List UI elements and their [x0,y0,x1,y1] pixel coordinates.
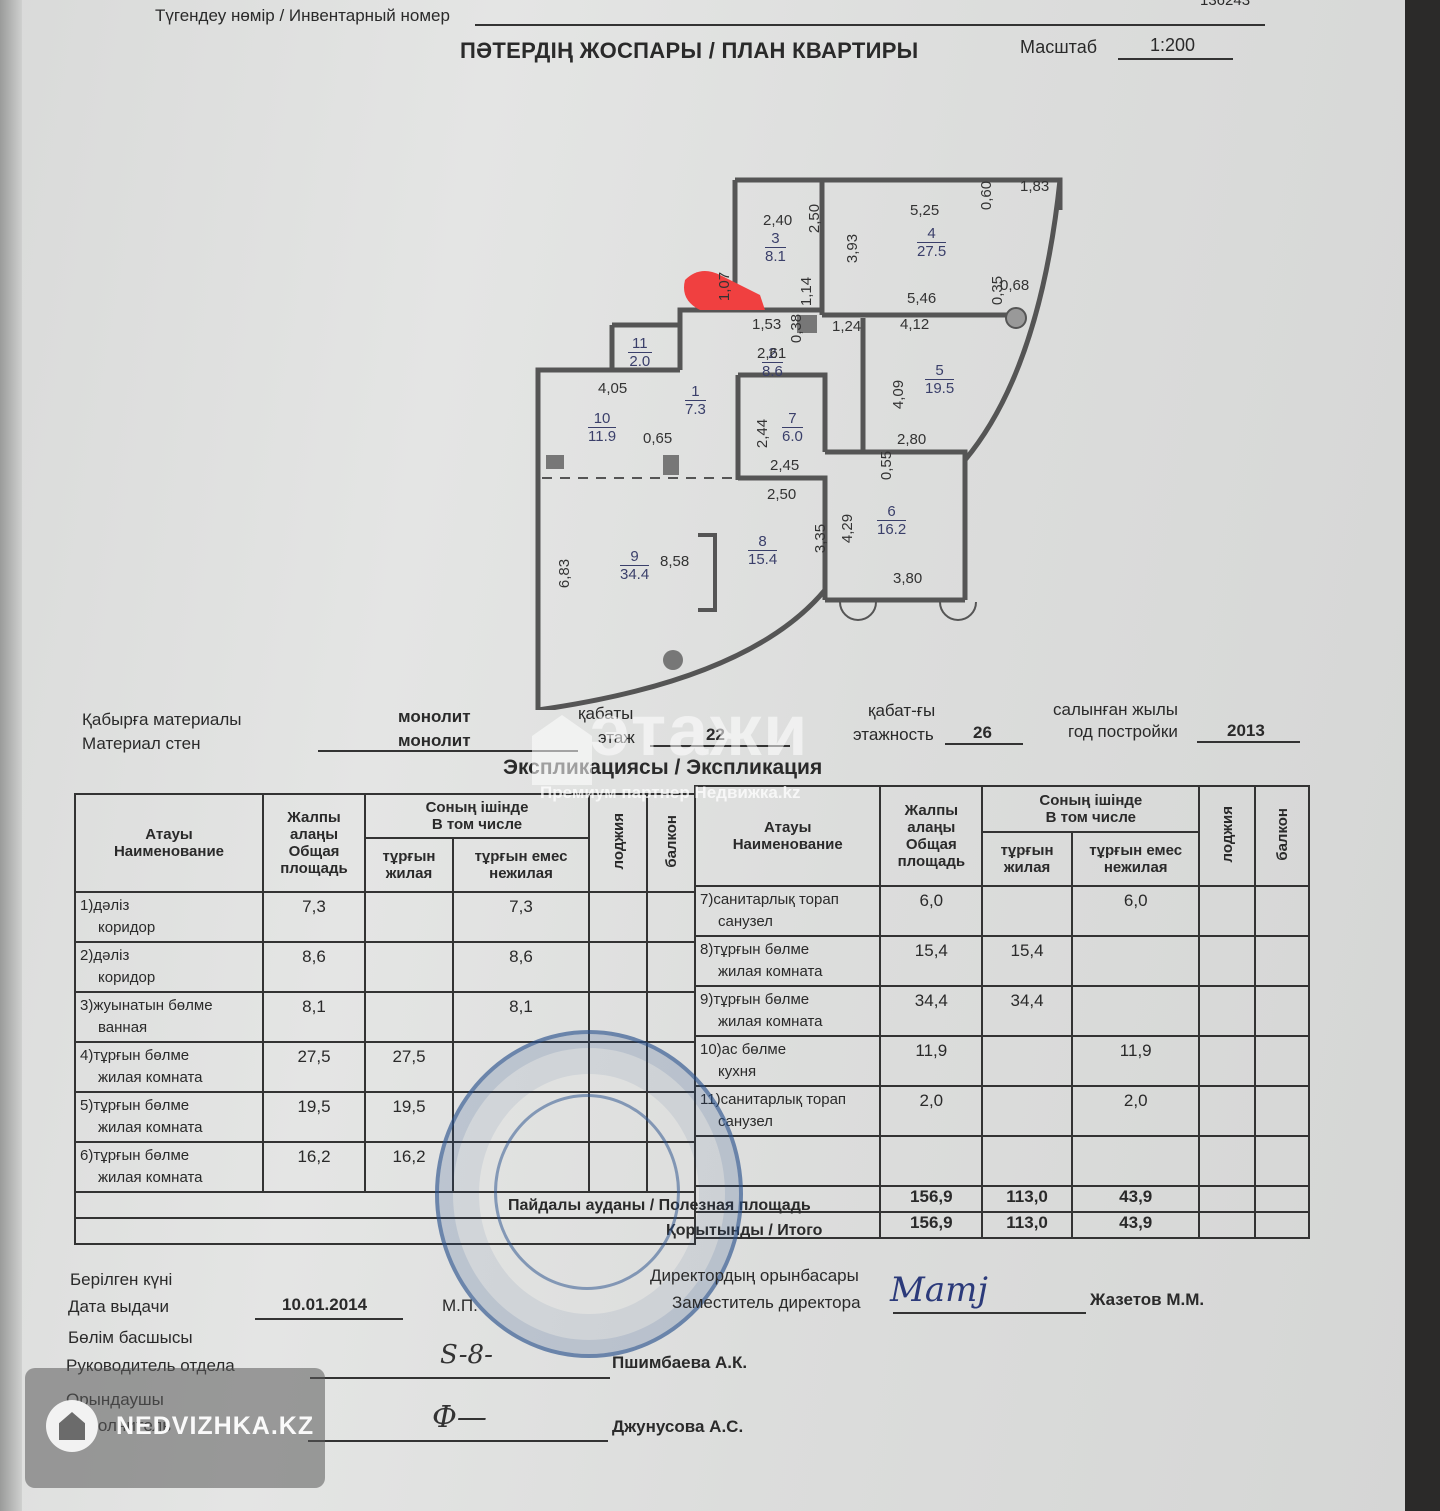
col-total: ЖалпыалаңыОбщаяплощадь [880,786,982,886]
dimension: 4,09 [890,380,907,409]
dimension: 2,80 [897,431,926,448]
dimension: 4,12 [900,316,929,333]
row-total: 16,2 [263,1142,365,1192]
stamp-emblem [494,1094,680,1290]
dimension: 3,80 [893,570,922,587]
dimension: 2,44 [754,419,771,448]
col-total: ЖалпыалаңыОбщаяплощадь [263,794,365,892]
room-10-label: 1011.9 [588,410,616,445]
exec-signature-line [308,1440,608,1442]
table-row: 10)ас бөлмекухня11,911,9 [695,1036,1309,1086]
row-loggia [589,892,647,942]
row-living: 27,5 [365,1042,453,1092]
room-8-label: 815.4 [748,533,777,568]
wall-value-kz: монолит [398,707,471,727]
etazhi-watermark: этажи [590,690,809,772]
head-name: Пшимбаева А.К. [612,1353,747,1373]
row-nonliving: 6,0 [1072,886,1200,936]
row-nonliving [1072,1136,1200,1186]
row-balcony [1255,986,1309,1036]
table-row: 1)дәлізкоридор7,37,3 [75,892,695,942]
row-total: 6,0 [880,886,982,936]
dimension: 8,58 [660,553,689,570]
floors-underline [945,743,1023,745]
inventory-underline [475,24,1265,26]
row-name: 7)санитарлық торапсанузел [695,886,880,936]
row-total: 15,4 [880,936,982,986]
inventory-label: Түгендеу нөмір / Инвентарный номер [155,6,450,26]
floors-label-kz: қабат-ғы [868,701,935,721]
issue-date-underline [255,1318,403,1320]
row-living [365,992,453,1042]
inventory-number: 136243 [1200,0,1250,9]
year-label-ru: год постройки [1068,722,1178,742]
row-living [982,1036,1072,1086]
nedvizhka-badge-text: NEDVIZHKA.KZ [116,1412,314,1441]
scale-value: 1:200 [1150,35,1195,56]
row-name: 9)тұрғын бөлмежилая комната [695,986,880,1036]
row-loggia [1199,1036,1255,1086]
head-signature: S-8- [440,1340,493,1370]
exec-name: Джунусова А.С. [612,1417,743,1437]
col-living: тұрғынжилая [365,838,453,892]
row-balcony [647,942,695,992]
row-name: 6)тұрғын бөлмежилая комната [75,1142,263,1192]
dimension: 5,46 [907,290,936,307]
row-name: 2)дәлізкоридор [75,942,263,992]
row-balcony [647,892,695,942]
deputy-signature-line [893,1312,1086,1314]
dimension: 4,29 [839,514,856,543]
row-total: 11,9 [880,1036,982,1086]
explication-table-right: АтауыНаименование ЖалпыалаңыОбщаяплощадь… [694,785,1310,1239]
dimension: 0,68 [1000,277,1029,294]
mp-label: М.П. [442,1296,478,1316]
table-row: 11)санитарлық торапсанузел2,02,0 [695,1086,1309,1136]
col-balcony: балкон [647,794,695,892]
dimension: 1,83 [1020,178,1049,195]
deputy-name: Жазетов М.М. [1090,1290,1204,1310]
year-label-kz: салынған жылы [1053,700,1178,720]
row-balcony [1255,936,1309,986]
room-3-label: 38.1 [765,230,786,265]
head-signature-line [310,1377,610,1379]
row-living [365,892,453,942]
dimension: 0,55 [878,451,895,480]
dimension: 2,40 [763,212,792,229]
year-underline [1197,741,1300,743]
col-living: тұрғынжилая [982,832,1072,886]
row-nonliving: 8,6 [453,942,589,992]
row-loggia [1199,936,1255,986]
row-loggia [1199,986,1255,1036]
issue-date-value: 10.01.2014 [282,1295,367,1315]
table-row [695,1136,1309,1186]
row-total: 7,3 [263,892,365,942]
row-loggia [589,942,647,992]
table-row: 7)санитарлық торапсанузел6,06,0 [695,886,1309,936]
row-name: 3)жуынатын бөлмеванная [75,992,263,1042]
row-balcony [1255,1086,1309,1136]
document-page: Түгендеу нөмір / Инвентарный номер 13624… [0,0,1405,1511]
etazhi-logo-icon [532,715,592,785]
row-balcony [1255,1136,1309,1186]
dimension: 2,50 [806,204,823,233]
row-total [880,1136,982,1186]
row-name: 8)тұрғын бөлмежилая комната [695,936,880,986]
col-loggia: лоджия [589,794,647,892]
row-nonliving: 2,0 [1072,1086,1200,1136]
wall-value-ru: монолит [398,731,471,751]
row-living [982,1086,1072,1136]
house-icon [46,1400,98,1452]
dimension: 1,07 [716,272,733,301]
dimension: 2,61 [757,345,786,362]
row-balcony [647,992,695,1042]
row-living: 19,5 [365,1092,453,1142]
room-1-label: 17.3 [685,383,706,418]
row-total: 27,5 [263,1042,365,1092]
row-nonliving [1072,936,1200,986]
head-label-kz: Бөлім басшысы [68,1328,193,1348]
floor-plan: 38.1 427.5 112.0 28.6 519.5 17.3 1011.9 … [520,170,1080,710]
row-living [365,942,453,992]
room-7-label: 76.0 [782,410,803,445]
dimension: 3,35 [812,524,829,553]
floors-value: 26 [973,723,992,743]
partner-watermark: Премиум партнер Недвижка.kz [540,783,801,803]
dimension: 6,83 [556,559,573,588]
table-row: 8)тұрғын бөлмежилая комната15,415,4 [695,936,1309,986]
row-loggia [1199,1086,1255,1136]
col-nonliving: тұрғын емеснежилая [1072,832,1200,886]
page-title: ПӘТЕРДІҢ ЖОСПАРЫ / ПЛАН КВАРТИРЫ [460,38,919,64]
room-6-label: 616.2 [877,503,906,538]
issue-date-label-ru: Дата выдачи [68,1297,169,1317]
dimension: 0,60 [978,181,995,210]
row-balcony [1255,886,1309,936]
year-value: 2013 [1227,721,1265,741]
row-total: 34,4 [880,986,982,1036]
wall-material-ru: Материал стен [82,734,200,754]
row-loggia [1199,1136,1255,1186]
row-living [982,1136,1072,1186]
row-living [982,886,1072,936]
dimension: 1,14 [798,277,815,306]
row-name: 5)тұрғын бөлмежилая комната [75,1092,263,1142]
row-total: 8,1 [263,992,365,1042]
row-living: 34,4 [982,986,1072,1036]
deputy-label-ru: Заместитель директора [672,1293,861,1313]
dimension: 1,24 [832,318,861,335]
row-nonliving [1072,986,1200,1036]
row-name: 1)дәлізкоридор [75,892,263,942]
col-nonliving: тұрғын емеснежилая [453,838,589,892]
row-name: 4)тұрғын бөлмежилая комната [75,1042,263,1092]
table-row: 2)дәлізкоридор8,68,6 [75,942,695,992]
col-balcony: балкон [1255,786,1309,886]
dimension: 0,65 [643,430,672,447]
deputy-signature: Матј [890,1270,988,1310]
row-total: 8,6 [263,942,365,992]
col-including: Соның ішіндеВ том числе [982,786,1199,832]
issue-date-label-kz: Берілген күні [70,1270,172,1290]
wall-material-kz: Қабырға материалы [82,710,242,730]
row-nonliving: 7,3 [453,892,589,942]
page-edge [0,0,22,1511]
dimension: 3,93 [844,234,861,263]
row-total: 2,0 [880,1086,982,1136]
floors-label-ru: этажность [853,725,934,745]
deputy-label-kz: Директордың орынбасары [650,1266,859,1286]
dimension: 5,25 [910,202,939,219]
room-5-label: 519.5 [925,362,954,397]
row-name: 10)ас бөлмекухня [695,1036,880,1086]
dimension: 0,38 [788,314,805,343]
col-name: АтауыНаименование [75,794,263,892]
row-total: 19,5 [263,1092,365,1142]
dimension: 4,05 [598,380,627,397]
row-loggia [1199,886,1255,936]
col-loggia: лоджия [1199,786,1255,886]
room-4-label: 427.5 [917,225,946,260]
scale-underline [1118,58,1233,60]
row-living: 15,4 [982,936,1072,986]
room-11-label: 112.0 [628,335,652,370]
dimension: 2,45 [770,457,799,474]
dimension: 1,53 [752,316,781,333]
dimension: 2,50 [767,486,796,503]
table-row: 9)тұрғын бөлмежилая комната34,434,4 [695,986,1309,1036]
row-balcony [1255,1036,1309,1086]
room-9-label: 934.4 [620,548,649,583]
row-nonliving: 11,9 [1072,1036,1200,1086]
scale-label: Масштаб [1020,37,1097,58]
exec-signature: Ф— [432,1400,487,1435]
